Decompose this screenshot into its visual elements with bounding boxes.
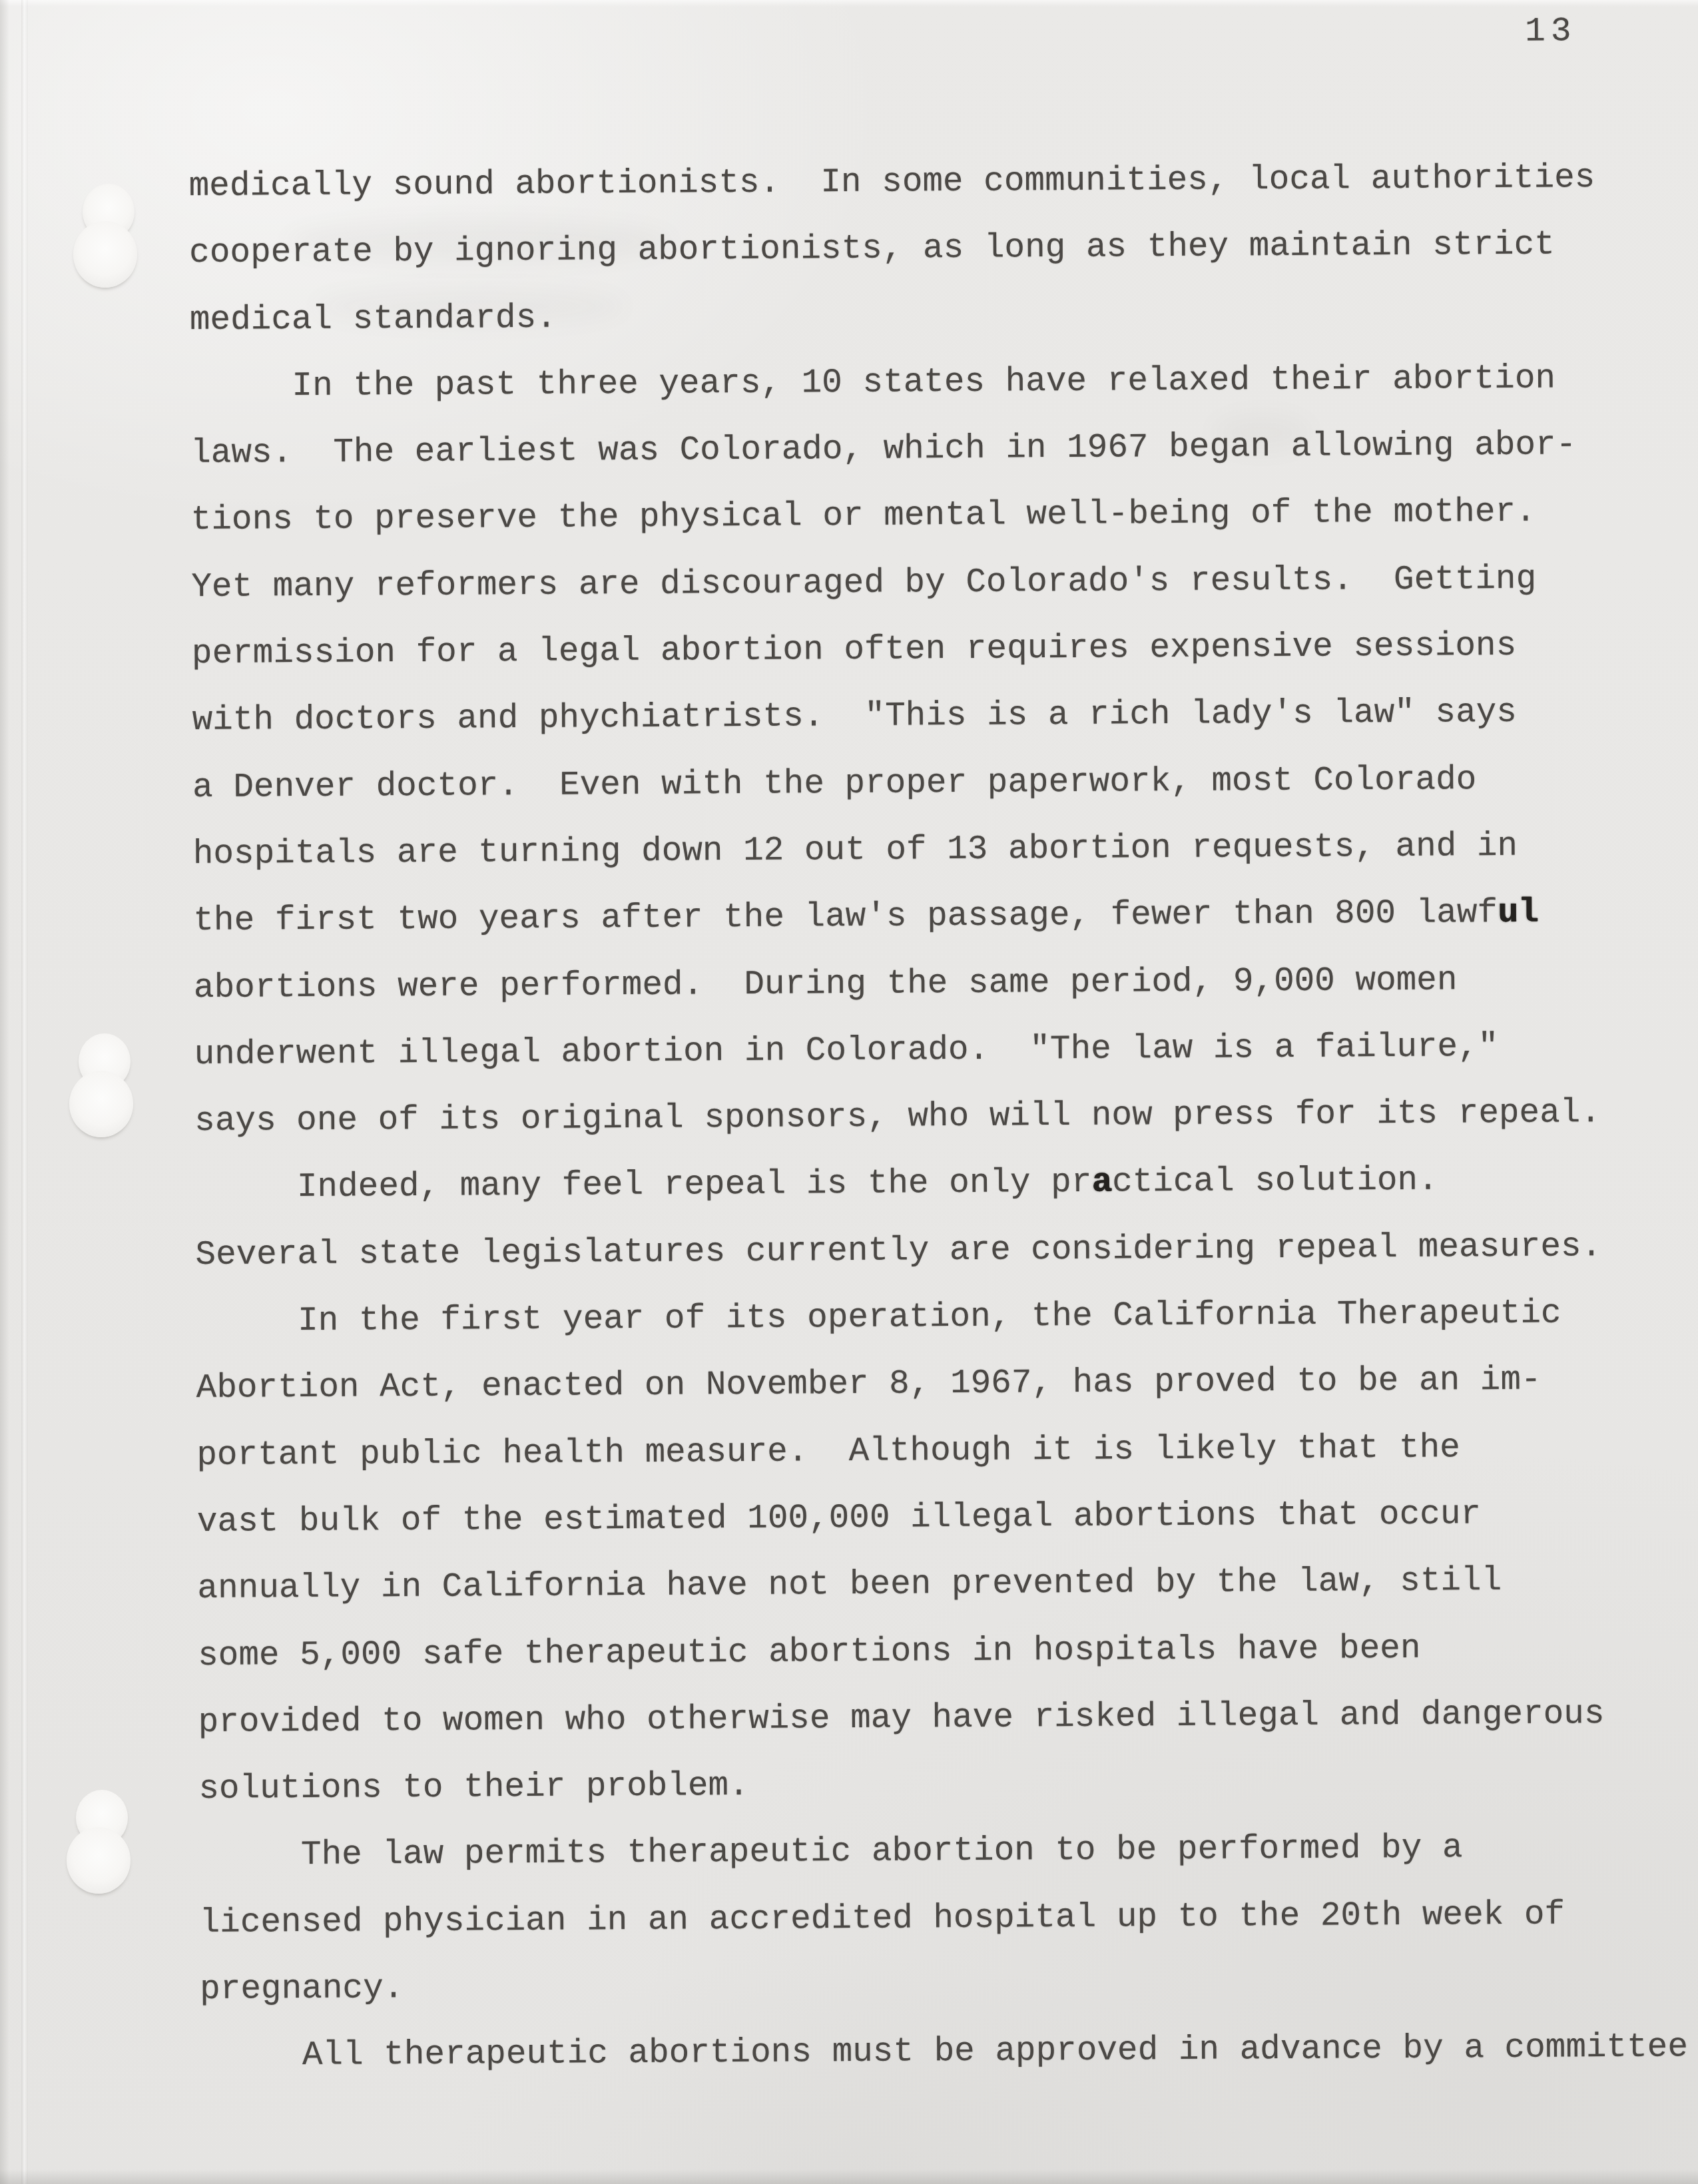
text-segment: a Denver doctor. Even with the proper pa… <box>192 761 1476 807</box>
text-segment: hospitals are turning down 12 out of 13 … <box>193 828 1518 874</box>
text-line: licensed physician in an accredited hosp… <box>199 1881 1698 1957</box>
overstruck-text: a <box>1091 1164 1112 1202</box>
text-line: vast bulk of the estimated 100,000 illeg… <box>197 1480 1698 1556</box>
paragraph: In the past three years, 10 states have … <box>190 345 1698 1155</box>
text-segment: underwent illegal abortion in Colorado. … <box>194 1028 1498 1074</box>
text-segment: medical standards. <box>190 299 557 339</box>
text-segment: cooperate by ignoring abortionists, as l… <box>189 226 1555 273</box>
typewritten-page: 13 medically sound abortionists. In some… <box>0 0 1698 2184</box>
text-line: permission for a legal abortion often re… <box>192 612 1696 688</box>
paragraph: In the first year of its operation, the … <box>196 1280 1698 1823</box>
text-line: All therapeutic abortions must be approv… <box>200 2014 1698 2090</box>
text-line: solutions to their problem. <box>198 1747 1698 1823</box>
text-segment: says one of its original sponsors, who w… <box>194 1094 1601 1141</box>
text-segment: tions to preserve the physical or mental… <box>191 493 1536 539</box>
text-segment: with doctors and phychiatrists. "This is… <box>192 694 1517 740</box>
text-line: underwent illegal abortion in Colorado. … <box>194 1013 1698 1089</box>
paragraph: All therapeutic abortions must be approv… <box>200 2014 1698 2090</box>
text-segment: provided to women who otherwise may have… <box>198 1695 1605 1742</box>
text-line: cooperate by ignoring abortionists, as l… <box>189 212 1693 288</box>
text-line: annually in California have not been pre… <box>197 1547 1698 1623</box>
text-line: Abortion Act, enacted on November 8, 196… <box>196 1347 1698 1423</box>
page-number: 13 <box>1525 13 1577 51</box>
paragraph: Indeed, many feel repeal is the only pra… <box>195 1147 1698 1289</box>
text-segment: Several state legislatures currently are… <box>195 1228 1601 1274</box>
text-segment: some 5,000 safe therapeutic abortions in… <box>198 1629 1421 1675</box>
text-line: Several state legislatures currently are… <box>195 1213 1698 1289</box>
text-segment: licensed physician in an accredited hosp… <box>199 1896 1565 1942</box>
text-segment: Yet many reformers are discouraged by Co… <box>191 560 1536 606</box>
text-line: abortions were performed. During the sam… <box>194 946 1698 1022</box>
scanned-text-layer: 13 medically sound abortionists. In some… <box>0 0 1698 2184</box>
text-line: Indeed, many feel repeal is the only pra… <box>195 1147 1698 1223</box>
overstruck-text: ul <box>1498 894 1539 932</box>
paragraph: medically sound abortionists. In some co… <box>188 144 1693 354</box>
text-line: pregnancy. <box>200 1948 1698 2024</box>
text-segment: laws. The earliest was Colorado, which i… <box>190 426 1576 473</box>
paragraph: The law permits therapeutic abortion to … <box>199 1814 1698 2024</box>
text-segment: solutions to their problem. <box>198 1767 749 1808</box>
text-line: medically sound abortionists. In some co… <box>188 144 1693 220</box>
text-line: medical standards. <box>190 278 1694 354</box>
text-segment: pregnancy. <box>200 1970 404 2009</box>
text-segment: the first two years after the law's pass… <box>193 894 1498 940</box>
text-segment: All therapeutic abortions must be approv… <box>200 2029 1688 2076</box>
text-line: tions to preserve the physical or mental… <box>190 479 1695 555</box>
text-line: In the past three years, 10 states have … <box>190 345 1694 421</box>
text-line: with doctors and phychiatrists. "This is… <box>192 679 1696 755</box>
text-line: laws. The earliest was Colorado, which i… <box>190 411 1695 487</box>
text-segment: medically sound abortionists. In some co… <box>189 159 1595 206</box>
text-line: The law permits therapeutic abortion to … <box>199 1814 1698 1890</box>
text-segment: Abortion Act, enacted on November 8, 196… <box>196 1362 1542 1408</box>
text-segment: portant public health measure. Although … <box>196 1429 1460 1475</box>
text-segment: In the first year of its operation, the … <box>196 1295 1561 1342</box>
text-segment: permission for a legal abortion often re… <box>192 627 1517 673</box>
text-line: Yet many reformers are discouraged by Co… <box>191 545 1695 621</box>
bottom-edge-shadow <box>0 2169 1698 2184</box>
text-line: In the first year of its operation, the … <box>196 1280 1698 1356</box>
text-segment: ctical solution. <box>1112 1162 1438 1202</box>
text-segment: vast bulk of the estimated 100,000 illeg… <box>197 1496 1481 1541</box>
text-line: a Denver doctor. Even with the proper pa… <box>192 746 1697 822</box>
text-line: provided to women who otherwise may have… <box>198 1681 1698 1757</box>
typed-text: medically sound abortionists. In some co… <box>188 144 1698 2090</box>
text-segment: Indeed, many feel repeal is the only pr <box>195 1164 1092 1207</box>
text-segment: annually in California have not been pre… <box>197 1562 1502 1608</box>
text-line: hospitals are turning down 12 out of 13 … <box>193 812 1697 888</box>
text-line: says one of its original sponsors, who w… <box>194 1079 1698 1155</box>
text-segment: In the past three years, 10 states have … <box>190 360 1556 406</box>
text-line: the first two years after the law's pass… <box>193 879 1697 955</box>
text-line: portant public health measure. Although … <box>196 1414 1698 1490</box>
text-line: some 5,000 safe therapeutic abortions in… <box>198 1614 1698 1690</box>
text-segment: abortions were performed. During the sam… <box>194 961 1458 1007</box>
text-segment: The law permits therapeutic abortion to … <box>199 1830 1463 1876</box>
